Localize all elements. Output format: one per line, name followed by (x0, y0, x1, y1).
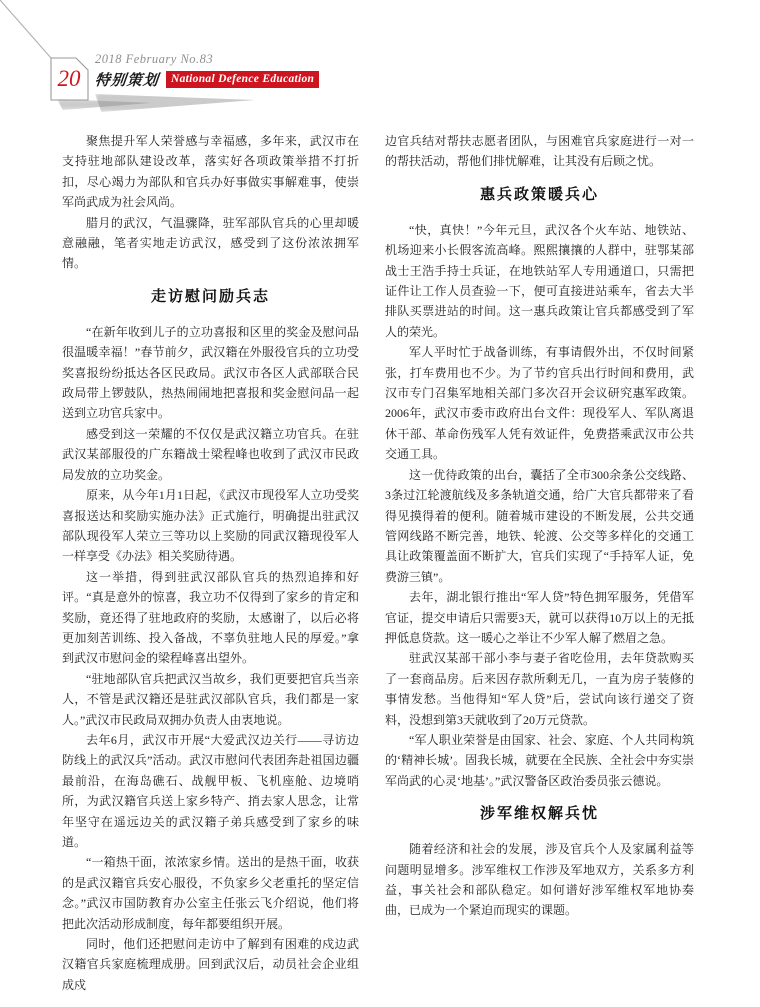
paragraph: “驻地部队官兵把武汉当故乡，我们更要把官兵当亲人，不管是武汉籍还是驻武汉部队官兵… (62, 669, 359, 730)
paragraph: 原来，从今年1月1日起，《武汉市现役军人立功受奖喜报送达和奖励实施办法》正式施行… (62, 485, 359, 567)
paragraph: 腊月的武汉，气温骤降，驻军部队官兵的心里却暖意融融，笔者实地走访武汉，感受到了这… (62, 213, 359, 274)
paragraph: 边官兵结对帮扶志愿者团队，与困难官兵家庭进行一对一的帮扶活动，帮他们排忧解难，让… (385, 131, 694, 172)
section-title-en-badge: National Defence Education (166, 71, 319, 88)
issue-line: 2018 February No.83 (95, 52, 213, 67)
paragraph: 感受到这一荣耀的不仅仅是武汉籍立功官兵。在驻武汉某部服役的广东籍战士梁程峰也收到… (62, 424, 359, 485)
paragraph: 去年6月，武汉市开展“大爱武汉边关行——寻访边防线上的武汉兵”活动。武汉市慰问代… (62, 730, 359, 852)
paragraph: 随着经济和社会的发展，涉及官兵个人及家属利益等问题明显增多。涉军维权工作涉及军地… (385, 839, 694, 921)
paragraph: 军人平时忙于战备训练，有事请假外出，不仅时间紧张，打车费用也不少。为了节约官兵出… (385, 342, 694, 464)
paragraph: “军人职业荣誉是由国家、社会、家庭、个人共同构筑的‘精神长城’。固我长城，就要在… (385, 730, 694, 791)
paragraph: 驻武汉某部干部小李与妻子省吃俭用，去年贷款购买了一套商品房。后来因存款所剩无几，… (385, 648, 694, 730)
section-header: 特别策划 National Defence Education (95, 69, 319, 90)
magazine-page: 20 2018 February No.83 特别策划 National Def… (0, 0, 760, 1007)
paragraph: “在新年收到儿子的立功喜报和区里的奖金及慰问品很温暖幸福！”春节前夕，武汉籍在外… (62, 322, 359, 424)
paragraph: 聚焦提升军人荣誉感与幸福感，多年来，武汉市在支持驻地部队建设改革，落实好各项政策… (62, 131, 359, 213)
paragraph: 同时，他们还把慰问走访中了解到有困难的戍边武汉籍官兵家庭梳理成册。回到武汉后，动… (62, 934, 359, 995)
paragraph: 去年，湖北银行推出“军人贷”特色拥军服务，凭借军官证，提交申请后只需要3天，就可… (385, 587, 694, 648)
article-column-left: 聚焦提升军人荣誉感与幸福感，多年来，武汉市在支持驻地部队建设改革，落实好各项政策… (62, 131, 359, 995)
section-title-cn: 特别策划 (94, 69, 160, 90)
article-column-right: 边官兵结对帮扶志愿者团队，与困难官兵家庭进行一对一的帮扶活动，帮他们排忧解难，让… (385, 131, 694, 995)
paragraph: “一箱热干面，浓浓家乡情。送出的是热干面，收获的是武汉籍官兵安心服役，不负家乡父… (62, 852, 359, 934)
section-heading: 走访慰问励兵志 (62, 288, 359, 306)
section-heading: 涉军维权解兵忧 (385, 805, 694, 823)
article-body: 聚焦提升军人荣誉感与幸福感，多年来，武汉市在支持驻地部队建设改革，落实好各项政策… (62, 131, 694, 995)
page-number: 20 (52, 66, 86, 92)
section-heading: 惠兵政策暖兵心 (385, 186, 694, 204)
diagonal-line (0, 0, 51, 58)
paragraph: 这一举措，得到驻武汉部队官兵的热烈追捧和好评。“真是意外的惊喜，我立功不仅得到了… (62, 567, 359, 669)
paragraph: 这一优待政策的出台，囊括了全市300余条公交线路、3条过江轮渡航线及多条轨道交通… (385, 465, 694, 587)
paragraph: “快，真快！”今年元旦，武汉各个火车站、地铁站、机场迎来小长假客流高峰。熙熙攘攘… (385, 220, 694, 342)
